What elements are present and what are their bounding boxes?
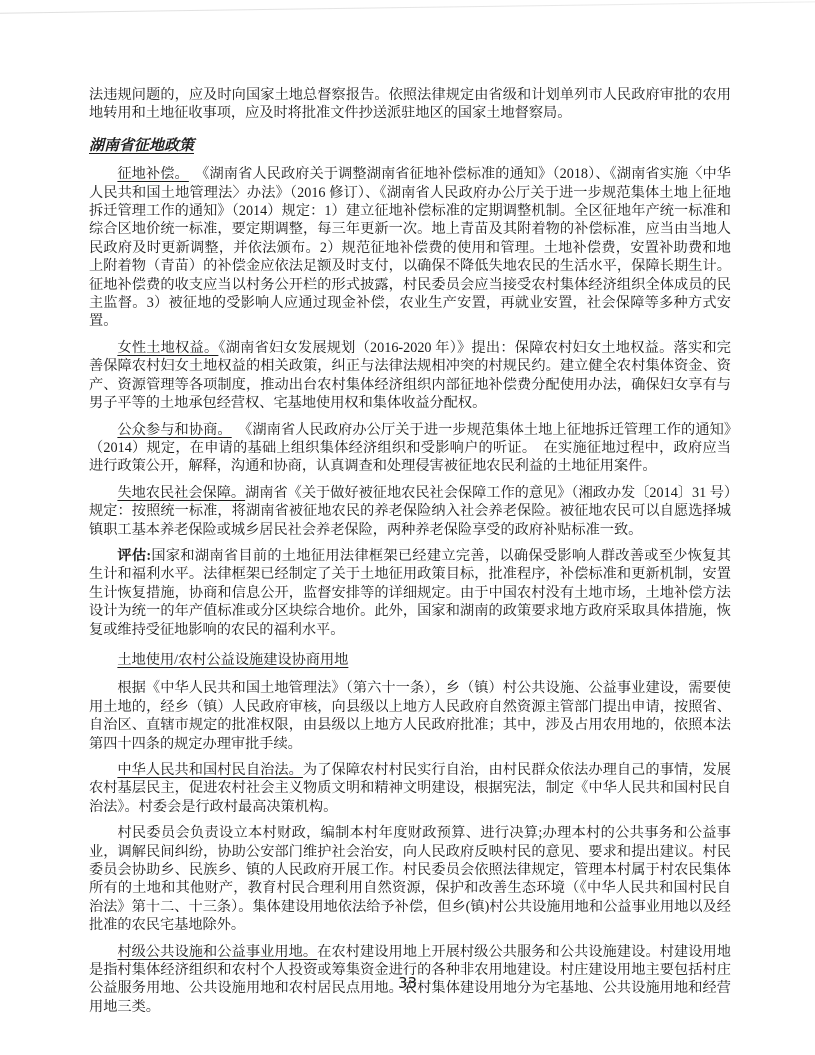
subsection-heading-text: 土地使用/农村公益设施建设协商用地 — [117, 652, 348, 668]
paragraph-lead: 征地补偿。 — [117, 166, 188, 182]
paragraph-villagers-autonomy-law: 中华人民共和国村民自治法。为了保障农村村民实行自治，由村民群众依法办理自己的事情… — [89, 761, 731, 816]
paragraph-public-participation: 公众参与和协商。《湖南省人民政府办公厅关于进一步规范集体土地上征地拆迁管理工作的… — [89, 421, 731, 476]
paragraph-body: 根据《中华人民共和国土地管理法》（第六十一条），乡（镇）村公共设施、公益事业建设… — [89, 680, 731, 751]
paragraph-body: 国家和湖南省目前的土地征用法律框架已经建立完善，以确保受影响人群改善或至少恢复其… — [89, 548, 731, 638]
paragraph-lead: 村级公共设施和公益事业用地。 — [117, 944, 317, 960]
paragraph-lead: 评估: — [117, 548, 151, 564]
section-heading: 湖南省征地政策 — [89, 137, 731, 155]
section-heading-text: 湖南省征地政策 — [89, 138, 194, 154]
paragraph-lead: 公众参与和协商。 — [117, 422, 231, 438]
paragraph-compensation: 征地补偿。《湖南省人民政府关于调整湖南省征地补偿标准的通知》（2018）、《湖南… — [89, 165, 731, 331]
paragraph-women-rights: 女性土地权益。《湖南省妇女发展规划（2016-2020 年）》提出：保障农村妇女… — [89, 339, 731, 413]
continuation-paragraph: 法违规问题的，应及时向国家土地总督察报告。依照法律规定由省级和计划单列市人民政府… — [89, 86, 731, 123]
paragraph-lead: 中华人民共和国村民自治法。 — [117, 762, 303, 778]
paragraph-land-admin-law: 根据《中华人民共和国土地管理法》（第六十一条），乡（镇）村公共设施、公益事业建设… — [89, 679, 731, 753]
paragraph-body: 村民委员会负责设立本村财政，编制本村年度财政预算、进行决算;办理本村的公共事务和… — [89, 825, 731, 933]
scan-artifact-line — [0, 1, 815, 14]
subsection-heading: 土地使用/农村公益设施建设协商用地 — [89, 651, 731, 669]
paragraph-lead: 失地农民社会保障。 — [117, 485, 245, 501]
paragraph-village-committee: 村民委员会负责设立本村财政，编制本村年度财政预算、进行决算;办理本村的公共事务和… — [89, 824, 731, 934]
page-number: 33 — [0, 974, 815, 992]
paragraph-body: 《湖南省人民政府关于调整湖南省征地补偿标准的通知》（2018）、《湖南省实施〈中… — [89, 166, 731, 329]
paragraph-assessment: 评估:国家和湖南省目前的土地征用法律框架已经建立完善，以确保受影响人群改善或至少… — [89, 547, 731, 639]
paragraph-social-security: 失地农民社会保障。湖南省《关于做好被征地农民社会保障工作的意见》（湘政办发〔20… — [89, 484, 731, 539]
document-page-body: 法违规问题的，应及时向国家土地总督察报告。依照法律规定由省级和计划单列市人民政府… — [89, 86, 731, 1024]
paragraph-lead: 女性土地权益。 — [117, 340, 218, 356]
